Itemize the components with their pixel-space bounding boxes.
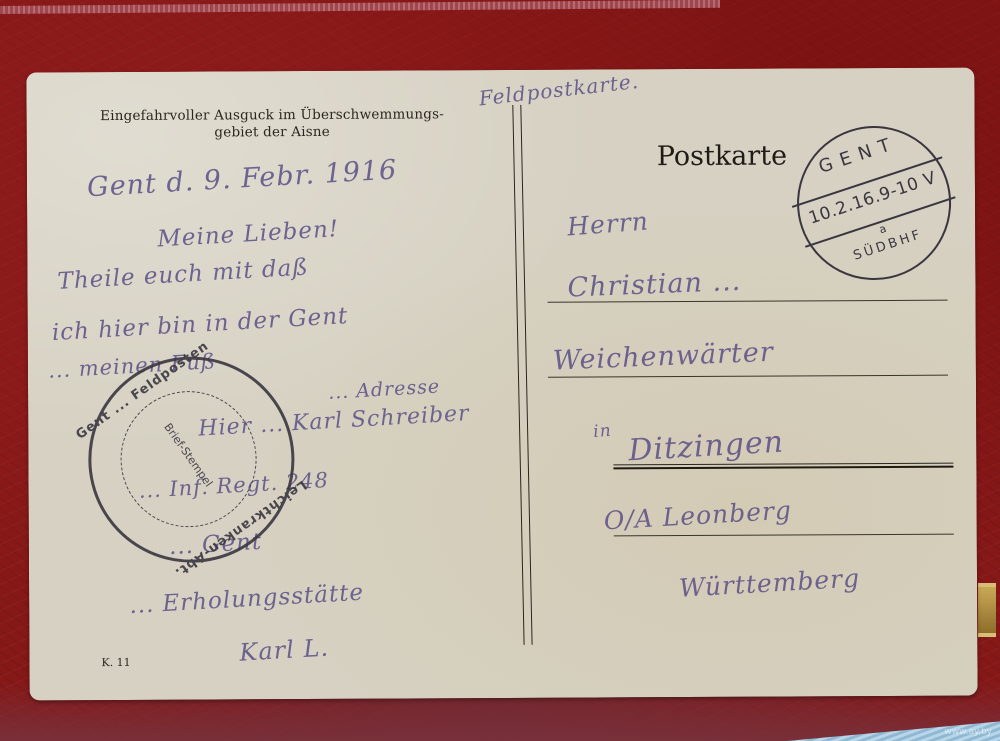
caption-line-1: Eingefahrvoller Ausguck im Überschwemmun… <box>65 106 480 125</box>
caption-line-2: gebiet der Aisne <box>65 123 480 142</box>
address-district: O/A Leonberg <box>603 496 793 536</box>
address-name: Christian ... <box>567 266 742 304</box>
handwritten-feldpostkarte: Feldpostkarte. <box>478 69 640 111</box>
gold-tooled-mark <box>978 583 996 637</box>
address-town: Ditzingen <box>627 424 784 468</box>
address-salutation: Herrn <box>566 206 650 241</box>
gent-postmark: GENT 10.2.16.9-10 V a SÜDBHF <box>777 106 972 301</box>
postkarte-title: Postkarte <box>657 141 787 173</box>
series-number: K. 11 <box>101 656 130 669</box>
message-line: ... Adresse <box>327 375 440 403</box>
postcard: Eingefahrvoller Ausguck im Überschwemmun… <box>26 68 977 701</box>
address-occupation: Weichenwärter <box>552 337 774 377</box>
printed-caption: Eingefahrvoller Ausguck im Überschwemmun… <box>65 106 480 142</box>
center-divider-line <box>512 105 532 645</box>
message-place-date: Gent d. 9. Febr. 1916 <box>86 154 398 203</box>
address-prefix: in <box>593 421 613 442</box>
address-state: Württemberg <box>678 563 860 602</box>
message-signature: Karl L. <box>239 634 330 667</box>
watermark: www.ay.by <box>944 727 992 737</box>
message-line: Meine Lieben! <box>157 216 340 252</box>
address-line-2 <box>548 375 948 378</box>
message-line: Theile euch mit daß <box>57 254 309 294</box>
address-line-4 <box>614 534 954 537</box>
